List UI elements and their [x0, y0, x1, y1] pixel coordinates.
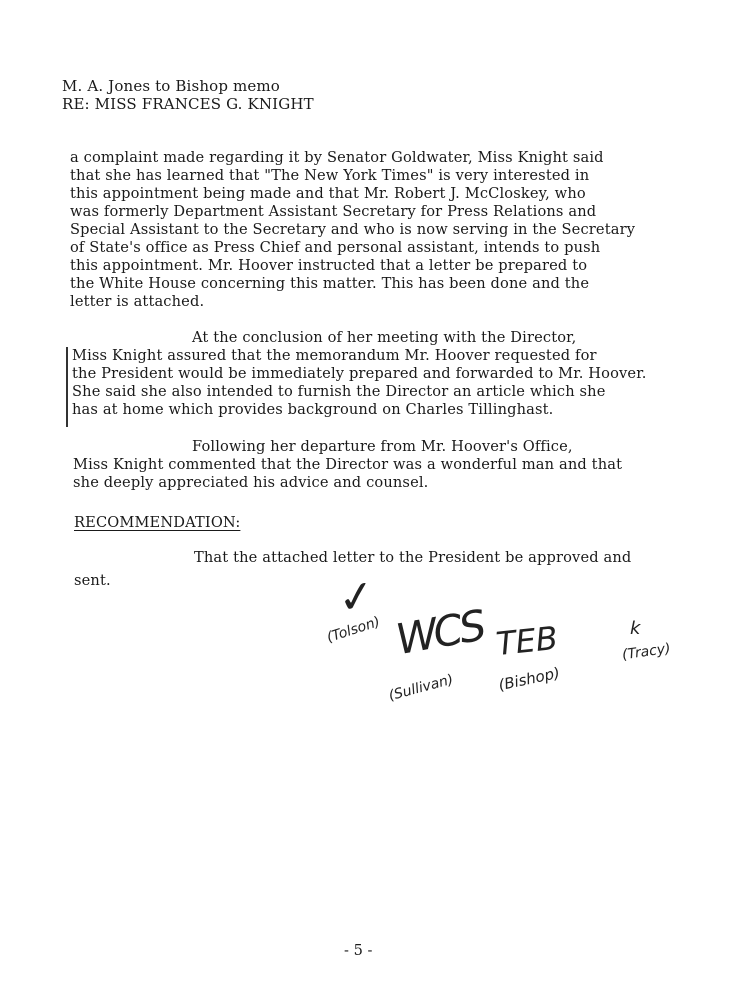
recommendation-heading: RECOMMENDATION:: [74, 514, 240, 532]
text-line: Miss Knight commented that the Director …: [73, 456, 622, 474]
signature-tracy: (Tracy): [621, 641, 671, 664]
signature-bishop: (Bishop): [497, 664, 562, 695]
text-line: the President would be immediately prepa…: [72, 365, 647, 383]
text-line: she deeply appreciated his advice and co…: [73, 474, 428, 492]
text-line: Following her departure from Mr. Hoover'…: [192, 438, 573, 456]
text-line: was formerly Department Assistant Secret…: [70, 203, 596, 221]
recommendation-text: sent.: [74, 572, 111, 590]
initials-tracy: k: [630, 618, 640, 639]
memo-header-line-1: M. A. Jones to Bishop memo: [62, 77, 280, 95]
initials-teb: TEB: [494, 619, 559, 663]
text-line: Miss Knight assured that the memorandum …: [72, 347, 597, 365]
text-line: of State's office as Press Chief and per…: [70, 239, 600, 257]
memo-header-line-2: RE: MISS FRANCES G. KNIGHT: [62, 95, 314, 113]
text-line: She said she also intended to furnish th…: [72, 383, 606, 401]
text-line: that she has learned that "The New York …: [70, 167, 589, 185]
text-line: Special Assistant to the Secretary and w…: [70, 221, 635, 239]
text-line: At the conclusion of her meeting with th…: [192, 329, 576, 347]
text-line: a complaint made regarding it by Senator…: [70, 149, 604, 167]
initials-wcs: WCS: [392, 601, 485, 664]
signature-sullivan: (Sullivan): [387, 672, 455, 705]
text-line: this appointment. Mr. Hoover instructed …: [70, 257, 587, 275]
page-number: - 5 -: [344, 942, 372, 959]
margin-annotation-line: [66, 347, 68, 427]
text-line: letter is attached.: [70, 293, 204, 311]
text-line: this appointment being made and that Mr.…: [70, 185, 586, 203]
text-line: has at home which provides background on…: [72, 401, 553, 419]
recommendation-text: That the attached letter to the Presiden…: [194, 549, 631, 567]
text-line: the White House concerning this matter. …: [70, 275, 589, 293]
